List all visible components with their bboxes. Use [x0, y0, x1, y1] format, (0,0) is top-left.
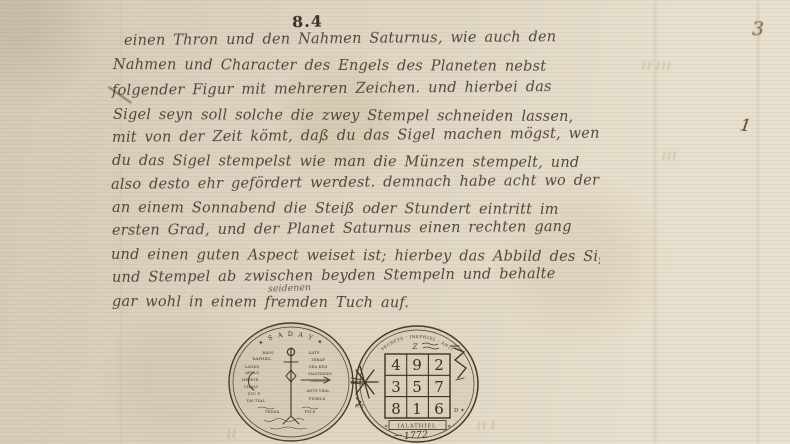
page-number: 3 — [752, 18, 764, 40]
magic-square-numbers: 4 9 2 3 5 7 8 1 6 — [391, 356, 444, 418]
banner-text: IALATHIEL — [398, 424, 437, 430]
manuscript-line: folgender Figur mit mehreren Zeichen. un… — [112, 79, 552, 99]
seal-word: RAVS — [262, 350, 274, 355]
square-cell: 2 — [434, 356, 444, 374]
square-cell: 5 — [412, 378, 422, 396]
manuscript-line: Sigel seyn soll solche die zwey Stempel … — [113, 107, 574, 125]
bleedthrough-mark: ⌇⌇ ⌇⌇⌇ — [640, 60, 671, 74]
seal-word: MACHATAN — [308, 371, 332, 376]
banner-star: ✶ — [447, 424, 451, 430]
seal-word: RAPHIEL — [252, 356, 272, 361]
manuscript-line: und Stempel ab zwischen beyden Stempeln … — [112, 266, 556, 286]
right-seal-z-mark: Z — [412, 343, 418, 351]
seal-word: MEHOR — [242, 377, 260, 382]
seal-word: SEA KIM — [309, 364, 327, 369]
letter-star-mark: D ✶ — [454, 407, 465, 414]
interlinear-insertion: seidenen — [268, 282, 311, 294]
seal-word: TERAP — [311, 357, 325, 362]
square-cell: 8 — [391, 400, 401, 418]
manuscript-line: einen Thron und den Nahmen Saturnus, wie… — [124, 29, 556, 49]
manuscript-page: 8.4 3 1 einen Thron und den Nahmen Satur… — [0, 0, 790, 444]
seal-word: ANTS VRAL — [305, 388, 330, 393]
twin-seals-figure: ✶ S A D A Y ✶ RAVS SATV RAPHIEL TERAP LA… — [218, 318, 488, 444]
square-cell: 4 — [391, 356, 401, 374]
manuscript-line: ersten Grad, und der Planet Saturnus ein… — [112, 219, 572, 239]
banner-star: ✶ — [384, 424, 388, 430]
seal-word: DN TYAL — [247, 398, 266, 403]
square-cell: 3 — [391, 378, 401, 396]
margin-ink-mark: 1 — [739, 115, 753, 136]
manuscript-line: du das Sigel stempelst wie man die Münze… — [112, 153, 579, 171]
manuscript-line: gar wohl in einem fremden Tuch auf. — [112, 294, 409, 311]
paper-chainline — [757, 0, 759, 444]
handwritten-text-block: einen Thron und den Nahmen Saturnus, wie… — [0, 0, 600, 330]
bleedthrough-mark: ⌇⌇⌇ — [660, 150, 677, 164]
seal-word: FIMELS — [309, 396, 326, 401]
seal-word: PYLS — [305, 409, 316, 414]
square-cell: 7 — [434, 378, 444, 396]
seal-word: SATV — [309, 350, 320, 355]
square-cell: 6 — [434, 400, 444, 418]
square-cell: 9 — [412, 356, 422, 374]
manuscript-line: Nahmen und Character des Engels des Plan… — [113, 57, 546, 75]
year-mark: 1772 — [403, 429, 428, 442]
manuscript-line: an einem Sonnabend die Steiß oder Stunde… — [112, 200, 559, 218]
seal-word: TIDMA — [265, 409, 280, 414]
manuscript-line: mit von der Zeit kömt, daß du das Sigel … — [112, 126, 600, 146]
hebrew-mark: דיה — [355, 402, 364, 410]
manuscript-line: und einen guten Aspect weiset ist; hierb… — [111, 247, 600, 265]
square-cell: 1 — [412, 400, 422, 418]
seal-word: APVLS — [244, 370, 259, 375]
seal-word: SVC P — [248, 391, 261, 396]
seal-word: LANKS — [245, 364, 260, 369]
manuscript-line: also desto ehr gefördert werdest. demnac… — [111, 173, 600, 193]
